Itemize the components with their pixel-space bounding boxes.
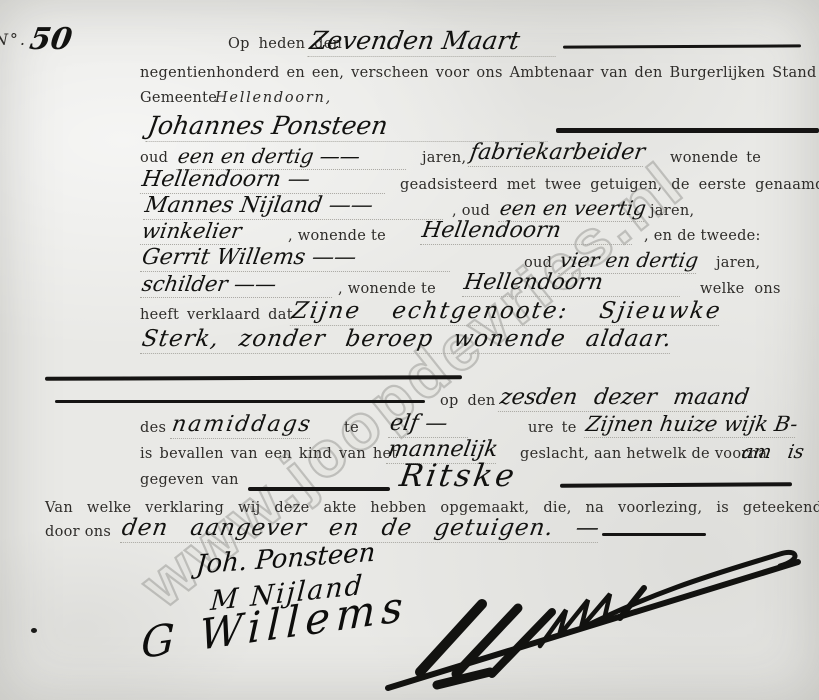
printed-door-ons: door ons	[45, 524, 111, 540]
witness2-occupation: schilder ——	[140, 272, 336, 298]
date-written: Zevenden Maart	[308, 26, 561, 57]
witness1-name: Mannes Nijland ——	[143, 193, 447, 220]
printed-ure-te: ure te	[528, 420, 577, 436]
mother-declaration-line1: Zijne echtgenoote: Sjieuwke	[290, 298, 724, 326]
municipality-name: Hellendoorn,	[215, 90, 332, 106]
ink-dot	[31, 628, 37, 633]
declarant-residence: Hellendoorn —	[140, 167, 389, 194]
birth-day-written: zesden dezer maand	[498, 385, 751, 412]
birth-certificate-scan: www.joopdevries.nl N°. 50 Op heden den Z…	[0, 0, 819, 700]
printed-year-line: negentienhonderd en een, verscheen voor …	[140, 65, 819, 81]
printed-jaren-1: jaren,	[422, 150, 466, 166]
printed-gegeven-van: gegeven van	[140, 472, 239, 488]
declarant-occupation: fabriekarbeider	[468, 140, 647, 167]
printed-oud-2: , oud	[452, 203, 490, 219]
printed-te: te	[344, 420, 359, 436]
act-number-label: N°.	[0, 30, 27, 49]
ink-rule-name-left	[248, 487, 390, 491]
ink-rule-name-right	[560, 482, 792, 488]
declarant-name: Johannes Ponsteen	[146, 111, 553, 142]
written-am: am	[740, 441, 773, 463]
birth-place-house: Zijnen huize wijk B-	[584, 412, 800, 438]
printed-op-den: op den	[440, 393, 496, 409]
printed-jaren-3: jaren,	[716, 255, 760, 271]
printed-van-welke-verklaring: Van welke verklaring wij deze akte hebbe…	[45, 500, 819, 516]
birth-hour: elf —	[388, 411, 472, 438]
printed-des: des	[140, 420, 166, 436]
printed-geadsisteerd: geadsisteerd met twee getuigen, de eerst…	[400, 177, 819, 193]
ink-rule-blank1	[45, 375, 462, 380]
printed-is-bevallen: is bevallen van een kind van het	[140, 446, 398, 462]
mother-declaration-line2: Sterk, zonder beroep wonende aldaar.	[140, 326, 674, 354]
printed-geslacht-voorna: geslacht, aan hetwelk de voorna	[520, 446, 767, 462]
child-name: Ritske	[397, 458, 519, 494]
printed-oud: oud	[140, 150, 168, 166]
ink-rule-top	[563, 44, 801, 48]
witness2-residence: Hellendoorn	[462, 270, 684, 297]
signature-registrar-flourish	[382, 532, 814, 697]
written-is: is	[786, 441, 805, 463]
ink-rule-blank2	[55, 400, 425, 403]
witness1-occupation: winkelier	[140, 219, 243, 245]
printed-wonende-te-1: wonende te	[670, 150, 761, 166]
printed-en-de-tweede: , en de tweede:	[644, 228, 761, 244]
printed-wonende-te-2: , wonende te	[288, 228, 386, 244]
witness2-name: Gerrit Willems ——	[140, 245, 454, 272]
printed-jaren-2: jaren,	[650, 203, 694, 219]
witness1-residence: Hellendoorn	[420, 218, 636, 245]
birth-daypart: namiddags	[170, 412, 314, 439]
printed-heeft-verklaard: heeft verklaard dat	[140, 307, 293, 323]
printed-oud-3: oud	[524, 255, 552, 271]
printed-gemeente: Gemeente	[140, 90, 217, 106]
printed-wonende-te-3: , wonende te	[338, 281, 436, 297]
act-number-value: 50	[27, 22, 74, 57]
ink-rule-declarant	[556, 128, 819, 133]
printed-welke-ons: welke ons	[700, 281, 781, 297]
